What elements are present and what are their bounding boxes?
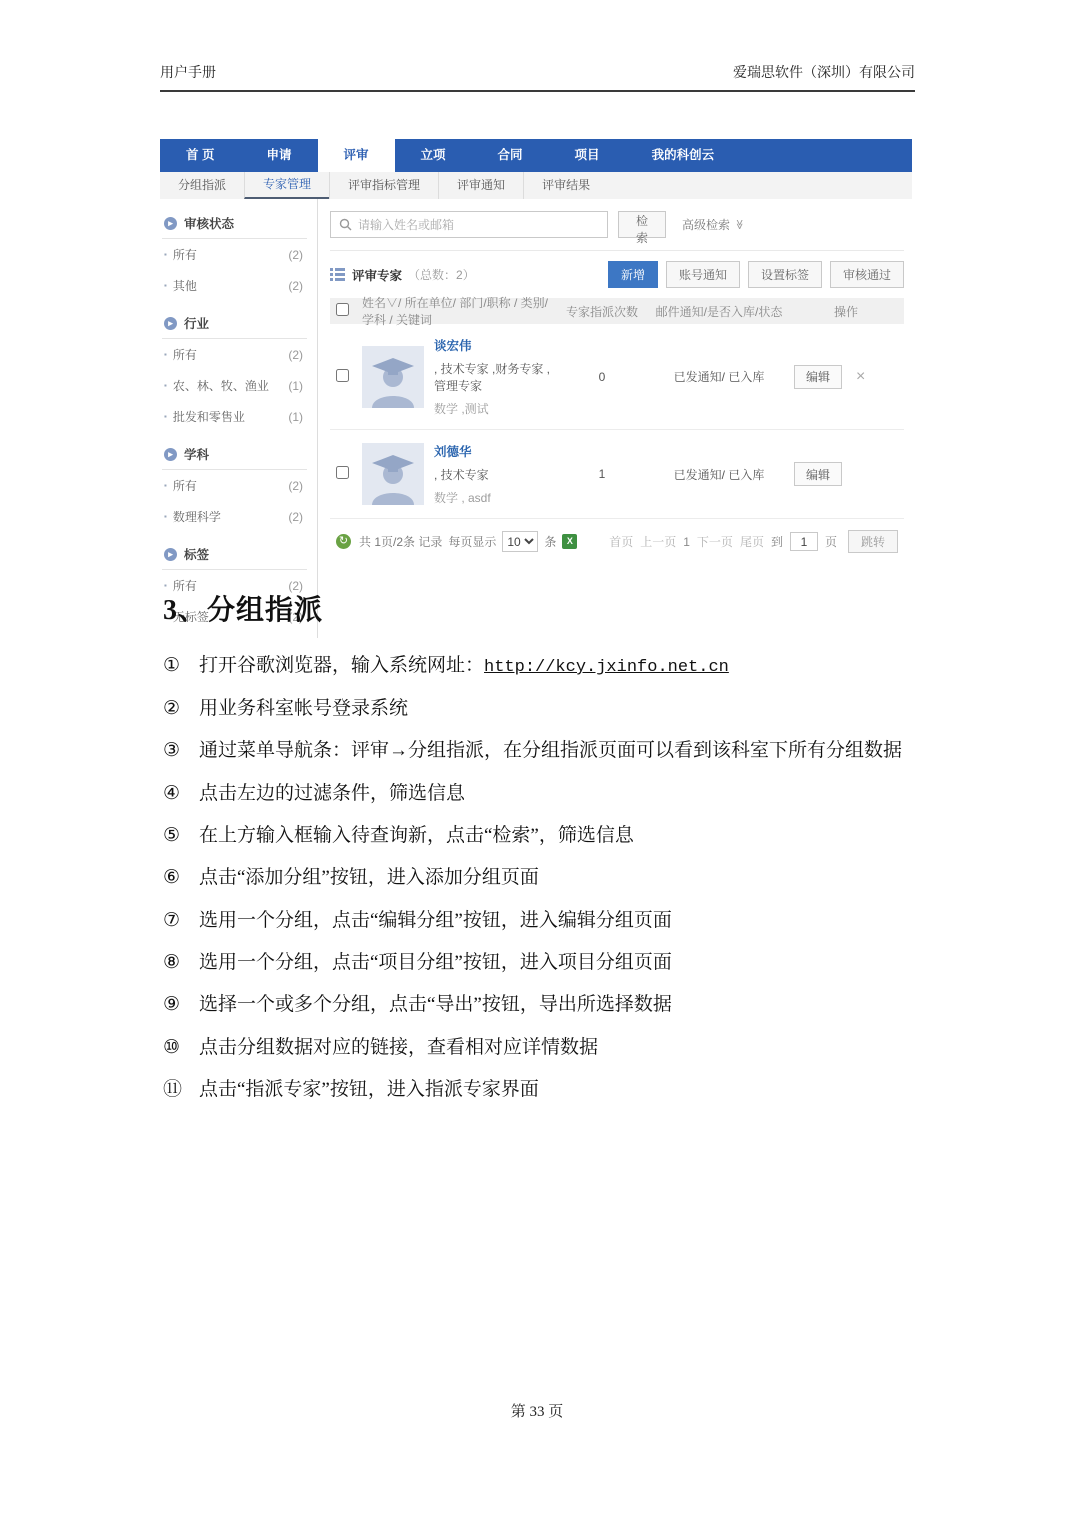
edit-button[interactable]: 编辑 <box>794 365 842 389</box>
header-count-col: 专家指派次数 <box>560 303 644 320</box>
subnav-group-assign[interactable]: 分组指派 <box>160 172 244 199</box>
row-checkbox[interactable] <box>336 369 349 382</box>
step-item: ⑪ 点击“指派专家”按钮，进入指派专家界面 <box>163 1074 938 1105</box>
main-panel: 检索 高级检索 ≫ 评审专家 （总数：2） 新增 账号通知 设置标签 <box>318 199 912 638</box>
bullet-icon: ▪ <box>164 512 167 521</box>
step-item: ③ 通过菜单导航条：评审→分组指派，在分组指派页面可以看到该科室下所有分组数据 <box>163 735 938 766</box>
step-item: ① 打开谷歌浏览器，输入系统网址：http://kcy.jxinfo.net.c… <box>163 650 938 682</box>
item-count: (2) <box>288 479 303 493</box>
nav-item-project-setup[interactable]: 立项 <box>395 139 472 172</box>
step-item: ④ 点击左边的过滤条件，筛选信息 <box>163 778 938 809</box>
last-page-link[interactable]: 尾页 <box>740 533 764 550</box>
sidebar-section-industry: ▸ 行业 ▪ 所有 (2) ▪ 农、林、牧、渔业 (1) ▪ 批发和零售业 (1… <box>162 307 317 432</box>
expert-name-link[interactable]: 谈宏伟 <box>434 336 560 354</box>
item-count: (2) <box>288 348 303 362</box>
set-tag-button[interactable]: 设置标签 <box>748 261 822 288</box>
nav-item-apply[interactable]: 申请 <box>240 139 317 172</box>
graduate-avatar <box>362 346 424 408</box>
section-circle-icon: ▸ <box>164 317 177 330</box>
search-row: 检索 高级检索 ≫ <box>330 205 904 251</box>
table-row: 刘德华 , 技术专家 数学 , asdf 1 已发通知/ 已入库 编辑 <box>330 430 904 519</box>
sidebar-section-audit-status: ▸ 审核状态 ▪ 所有 (2) ▪ 其他 (2) <box>162 207 317 301</box>
expert-keywords: 数学 , asdf <box>434 489 560 506</box>
pagination-bar: ↻ 共 1页/2条 记录 每页显示 10 条 X 首页 上一页 1 下一页 尾页 <box>330 519 904 564</box>
top-nav: 首 页 申请 评审 立项 合同 项目 我的科创云 <box>160 139 912 172</box>
assign-count: 0 <box>560 370 644 384</box>
item-count: (2) <box>288 510 303 524</box>
excel-export-icon[interactable]: X <box>562 534 577 549</box>
page-size-select[interactable]: 10 <box>502 531 538 552</box>
page-number: 第 33 页 <box>0 1400 1074 1421</box>
page-label: 页 <box>825 533 837 550</box>
nav-item-my-cloud[interactable]: 我的科创云 <box>626 139 741 172</box>
audit-pass-button[interactable]: 审核通过 <box>830 261 904 288</box>
sidebar-item-all-status[interactable]: ▪ 所有 (2) <box>162 239 317 270</box>
advanced-search-link[interactable]: 高级检索 ≫ <box>682 216 744 233</box>
bullet-icon: ▪ <box>164 381 167 390</box>
list-icon <box>330 268 345 281</box>
subnav-review-notice[interactable]: 评审通知 <box>438 172 523 199</box>
section-title: 行业 <box>184 314 209 332</box>
records-summary: 共 1页/2条 记录 <box>359 533 442 550</box>
section-circle-icon: ▸ <box>164 548 177 561</box>
toolbar: 评审专家 （总数：2） 新增 账号通知 设置标签 审核通过 <box>330 251 904 298</box>
step-item: ⑤ 在上方输入框输入待查询新，点击“检索”，筛选信息 <box>163 820 938 851</box>
section-circle-icon: ▸ <box>164 217 177 230</box>
nav-item-review[interactable]: 评审 <box>318 135 395 172</box>
expert-name-link[interactable]: 刘德华 <box>434 442 560 460</box>
bullet-icon: ▪ <box>164 281 167 290</box>
header-ops-col: 操作 <box>794 303 898 320</box>
bullet-icon: ▪ <box>164 481 167 490</box>
row-checkbox[interactable] <box>336 466 349 479</box>
prev-page-link[interactable]: 上一页 <box>640 533 676 550</box>
sidebar-item-all-industry[interactable]: ▪ 所有 (2) <box>162 339 317 370</box>
doc-header-right: 爱瑞思软件（深圳）有限公司 <box>733 62 915 82</box>
nav-item-contract[interactable]: 合同 <box>472 139 549 172</box>
header-status-col: 邮件通知/是否入库/状态 <box>644 303 794 320</box>
graduate-avatar <box>362 443 424 505</box>
chevron-double-down-icon: ≫ <box>734 219 745 229</box>
add-button[interactable]: 新增 <box>608 261 658 288</box>
refresh-icon[interactable]: ↻ <box>336 534 351 549</box>
doc-header-left: 用户手册 <box>160 62 216 82</box>
step-item: ⑥ 点击“添加分组”按钮，进入添加分组页面 <box>163 862 938 893</box>
expert-types: , 技术专家 <box>434 466 560 483</box>
unit-label: 条 <box>544 533 556 550</box>
select-all-checkbox[interactable] <box>336 303 349 316</box>
sidebar-section-discipline: ▸ 学科 ▪ 所有 (2) ▪ 数理科学 (2) <box>162 438 317 532</box>
step-item: ⑨ 选择一个或多个分组，点击“导出”按钮，导出所选择数据 <box>163 989 938 1020</box>
expert-types: , 技术专家 ,财务专家 ,管理专家 <box>434 360 560 394</box>
section-heading: 3、分组指派 <box>163 588 938 628</box>
search-button[interactable]: 检索 <box>618 211 666 238</box>
item-count: (2) <box>288 279 303 293</box>
step-item: ⑦ 选用一个分组，点击“编辑分组”按钮，进入编辑分组页面 <box>163 905 938 936</box>
first-page-link[interactable]: 首页 <box>609 533 633 550</box>
filter-sidebar: ▸ 审核状态 ▪ 所有 (2) ▪ 其他 (2) ▸ 行业 <box>160 199 318 638</box>
item-count: (2) <box>288 248 303 262</box>
section-title: 学科 <box>184 445 209 463</box>
table-header: 姓名∨/ 所在单位/ 部门/职称 / 类别/ 学科 / 关键词 专家指派次数 邮… <box>330 298 904 324</box>
search-icon <box>339 218 352 231</box>
sidebar-item-math-science[interactable]: ▪ 数理科学 (2) <box>162 501 317 532</box>
search-input[interactable] <box>358 218 599 232</box>
bullet-icon: ▪ <box>164 250 167 259</box>
system-url-link[interactable]: http://kcy.jxinfo.net.cn <box>484 658 729 677</box>
next-page-link[interactable]: 下一页 <box>697 533 733 550</box>
table-row: 谈宏伟 , 技术专家 ,财务专家 ,管理专家 数学 ,测试 0 已发通知/ 已入… <box>330 324 904 430</box>
item-count: (1) <box>288 410 303 424</box>
step-item: ⑩ 点击分组数据对应的链接，查看相对应详情数据 <box>163 1032 938 1063</box>
notify-status: 已发通知/ 已入库 <box>644 368 794 385</box>
panel-total: （总数：2） <box>408 266 475 283</box>
current-page[interactable]: 1 <box>683 535 690 549</box>
subnav-expert-manage[interactable]: 专家管理 <box>244 172 329 199</box>
sub-nav: 分组指派 专家管理 评审指标管理 评审通知 评审结果 <box>160 172 912 199</box>
bullet-icon: ▪ <box>164 412 167 421</box>
sidebar-item-all-discipline[interactable]: ▪ 所有 (2) <box>162 470 317 501</box>
sidebar-item-retail[interactable]: ▪ 批发和零售业 (1) <box>162 401 317 432</box>
app-screenshot: 首 页 申请 评审 立项 合同 项目 我的科创云 分组指派 专家管理 评审指标管… <box>160 139 912 638</box>
nav-item-project[interactable]: 项目 <box>549 139 626 172</box>
doc-header: 用户手册 爱瑞思软件（深圳）有限公司 <box>160 62 915 92</box>
account-notify-button[interactable]: 账号通知 <box>666 261 740 288</box>
delete-icon[interactable]: × <box>856 369 865 385</box>
panel-title: 评审专家 <box>352 266 402 284</box>
subnav-review-result[interactable]: 评审结果 <box>523 172 608 199</box>
per-page-label: 每页显示 <box>448 533 496 550</box>
search-box <box>330 211 608 238</box>
bullet-icon: ▪ <box>164 350 167 359</box>
item-count: (1) <box>288 379 303 393</box>
jump-button[interactable]: 跳转 <box>848 530 898 553</box>
step-item: ⑧ 选用一个分组，点击“项目分组”按钮，进入项目分组页面 <box>163 947 938 978</box>
edit-button[interactable]: 编辑 <box>794 462 842 486</box>
subnav-review-metrics[interactable]: 评审指标管理 <box>329 172 438 199</box>
expert-keywords: 数学 ,测试 <box>434 400 560 417</box>
nav-item-home[interactable]: 首 页 <box>160 139 240 172</box>
goto-page-input[interactable] <box>790 532 818 551</box>
notify-status: 已发通知/ 已入库 <box>644 466 794 483</box>
goto-label: 到 <box>771 533 783 550</box>
assign-count: 1 <box>560 467 644 481</box>
step-item: ② 用业务科室帐号登录系统 <box>163 693 938 724</box>
section-circle-icon: ▸ <box>164 448 177 461</box>
section-title: 标签 <box>184 545 209 563</box>
sidebar-item-other-status[interactable]: ▪ 其他 (2) <box>162 270 317 301</box>
section-title: 审核状态 <box>184 214 234 232</box>
sidebar-item-agriculture[interactable]: ▪ 农、林、牧、渔业 (1) <box>162 370 317 401</box>
header-name-col: 姓名∨/ 所在单位/ 部门/职称 / 类别/ 学科 / 关键词 <box>362 294 560 328</box>
doc-body: 3、分组指派 ① 打开谷歌浏览器，输入系统网址：http://kcy.jxinf… <box>163 588 938 1116</box>
